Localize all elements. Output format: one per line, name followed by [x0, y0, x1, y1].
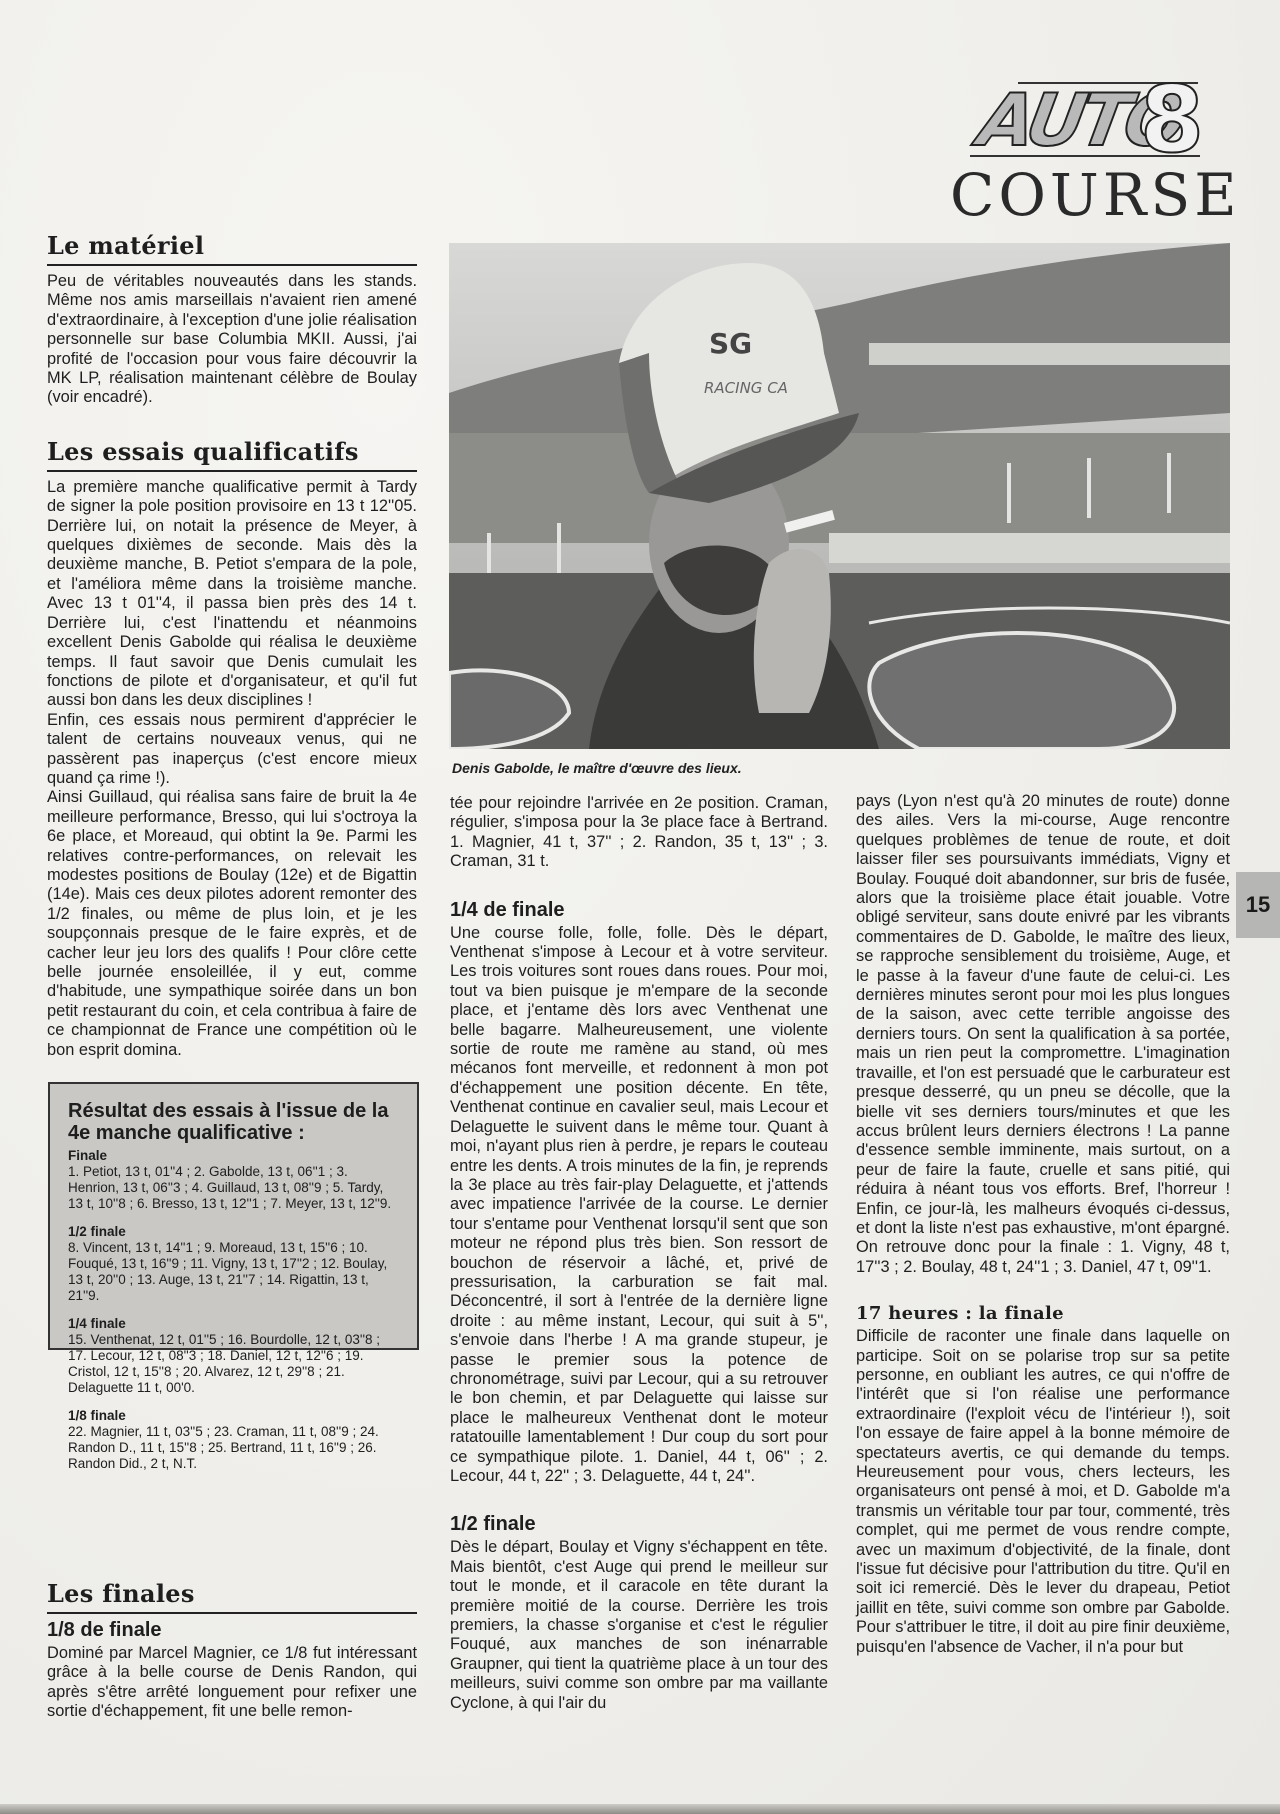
heading-quart: 1/4 de finale	[450, 898, 828, 922]
paragraph-huitieme-1: Dominé par Marcel Magnier, ce 1/8 fut in…	[47, 1644, 417, 1722]
results-title: Résultat des essais à l'issue de la 4e m…	[68, 1100, 399, 1144]
paragraph-materiel: Peu de véritables nouveautés dans les st…	[47, 272, 417, 408]
paragraph-essais-3: Ainsi Guillaud, qui réalisa sans faire d…	[47, 788, 417, 1060]
heading-materiel: Le matériel	[47, 232, 417, 266]
masthead-logo: AUTO 8 COURSE	[950, 80, 1230, 226]
heading-finales: Les finales	[47, 1580, 417, 1614]
page-number-tab: 15	[1236, 872, 1280, 938]
results-box: Résultat des essais à l'issue de la 4e m…	[48, 1082, 419, 1350]
paragraph-finale: Difficile de raconter une finale dans la…	[856, 1327, 1230, 1657]
paragraph-quart: Une course folle, folle, folle. Dès le d…	[450, 924, 828, 1487]
paragraph-essais-2: Enfin, ces essais nous permirent d'appré…	[47, 711, 417, 789]
photo-caption: Denis Gabolde, le maître d'œuvre des lie…	[452, 760, 852, 776]
svg-text:SG: SG	[709, 327, 752, 360]
section-title: COURSE	[950, 164, 1230, 226]
logo-rule-bottom	[970, 155, 1200, 157]
column-2: tée pour rejoindre l'arrivée en 2e posit…	[450, 794, 828, 1713]
photo-illustration: SG RACING CA	[449, 243, 1230, 749]
heading-demi: 1/2 finale	[450, 1512, 828, 1536]
heading-essais: Les essais qualificatifs	[47, 438, 417, 472]
group-title: 1/2 finale	[68, 1224, 399, 1240]
heading-finale: 17 heures : la finale	[856, 1303, 1230, 1327]
column-1: Le matériel Peu de véritables nouveautés…	[47, 232, 417, 1060]
finales-start: Les finales 1/8 de finale Dominé par Mar…	[47, 1580, 417, 1722]
group-title: Finale	[68, 1148, 399, 1164]
results-group-demi: 1/2 finale 8. Vincent, 13 t, 14''1 ; 9. …	[68, 1224, 399, 1304]
svg-text:RACING CA: RACING CA	[704, 379, 788, 397]
paragraph-demi-2: pays (Lyon n'est qu'à 20 minutes de rout…	[856, 792, 1230, 1277]
group-results: 8. Vincent, 13 t, 14''1 ; 9. Moreaud, 13…	[68, 1240, 399, 1304]
group-results: 1. Petiot, 13 t, 01''4 ; 2. Gabolde, 13 …	[68, 1164, 399, 1212]
results-group-finale: Finale 1. Petiot, 13 t, 01''4 ; 2. Gabol…	[68, 1148, 399, 1212]
paragraph-huitieme-2: tée pour rejoindre l'arrivée en 2e posit…	[450, 794, 828, 872]
results-group-huitieme: 1/8 finale 22. Magnier, 11 t, 03''5 ; 23…	[68, 1408, 399, 1472]
photo-denis-gabolde: SG RACING CA	[449, 243, 1230, 749]
heading-huitieme: 1/8 de finale	[47, 1618, 417, 1642]
paragraph-essais-1: La première manche qualificative permit …	[47, 478, 417, 711]
auto8-logo: AUTO 8	[950, 80, 1230, 160]
paragraph-demi-1: Dès le départ, Boulay et Vigny s'échappe…	[450, 1538, 828, 1713]
group-results: 22. Magnier, 11 t, 03''5 ; 23. Craman, 1…	[68, 1424, 399, 1472]
group-title: 1/8 finale	[68, 1408, 399, 1424]
results-group-quart: 1/4 finale 15. Venthenat, 12 t, 01''5 ; …	[68, 1316, 399, 1396]
logo-number: 8	[1140, 74, 1204, 166]
page-bottom-edge	[0, 1804, 1280, 1814]
group-title: 1/4 finale	[68, 1316, 399, 1332]
column-3: pays (Lyon n'est qu'à 20 minutes de rout…	[856, 792, 1230, 1657]
group-results: 15. Venthenat, 12 t, 01''5 ; 16. Bourdol…	[68, 1332, 399, 1396]
